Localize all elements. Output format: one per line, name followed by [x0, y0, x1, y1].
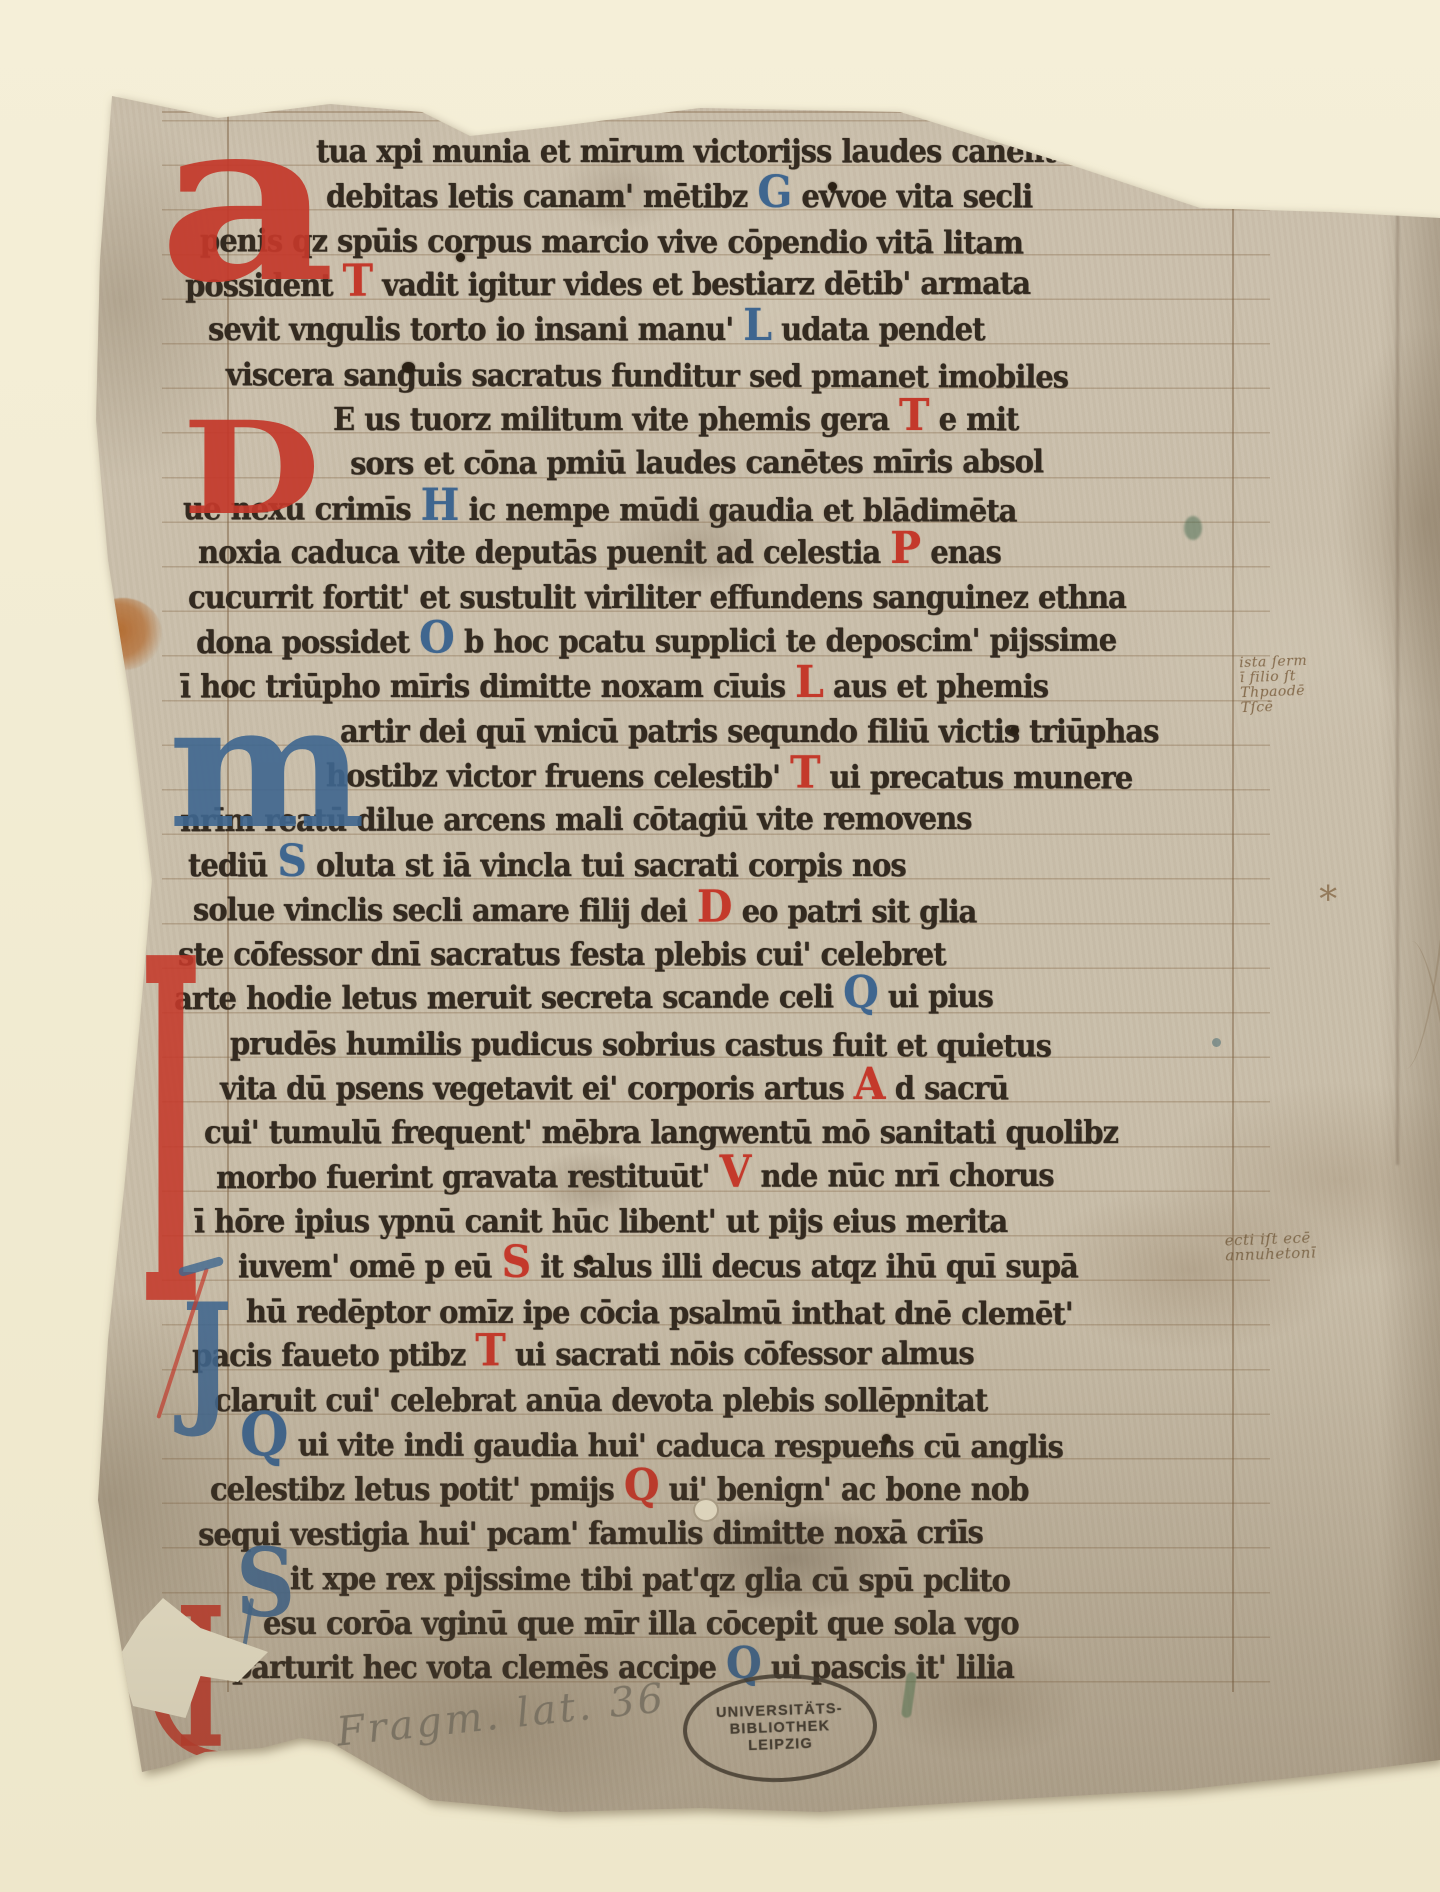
worm-hole [584, 1255, 593, 1264]
stamp-line-3: LEIPZIG [748, 1735, 813, 1754]
teal-speck [1212, 1038, 1221, 1047]
gothic-text: debitas letis canam' mētibz [326, 178, 757, 215]
text-line: arte hodie letus meruit secreta scande c… [174, 978, 993, 1028]
gothic-text: d sacrū [885, 1070, 1009, 1107]
gothic-text: esu corōa vginū que mīr illa cōcepit que… [263, 1605, 1019, 1642]
initial-d-red: D [182, 405, 321, 533]
versal-letter-red: Q [624, 1459, 659, 1511]
gothic-text: cucurrit fortit' et sustulit viriliter e… [188, 579, 1126, 616]
photo-mat-background: tua xpi munia et mīrum victorijss laudes… [0, 0, 1440, 1892]
versal-letter-red: D [697, 881, 732, 933]
gothic-text: solue vinclis secli amare filij dei [193, 891, 697, 929]
marginal-gloss-lower: ecti iſt ecē annuhetonī [1225, 1230, 1317, 1263]
leaf-wrapper: tua xpi munia et mīrum victorijss laudes… [0, 0, 1440, 1892]
text-line: solue vinclis secli amare filij dei D eo… [193, 891, 976, 941]
gothic-text: tua xpi munia et mīrum victorijss laudes… [316, 133, 1089, 170]
gothic-text: ui precatus munere [819, 759, 1132, 797]
gothic-text: hostibz victor fruens celestib' [326, 757, 790, 795]
gothic-text: viscera sanguis sacratus funditur sed pm… [226, 356, 1068, 395]
versal-letter-red: T [899, 389, 929, 441]
versal-letter-blue: O [419, 611, 454, 663]
text-block: tua xpi munia et mīrum victorijss laudes… [238, 133, 1248, 1713]
gothic-text: b hoc pcatu supplici te deposcim' pijssi… [454, 621, 1116, 660]
gothic-text: ste cōfessor dnī sacratus festa plebis c… [178, 936, 946, 973]
text-line: sequi vestigia hui' pcam' famulis dimitt… [198, 1513, 983, 1563]
marginal-gloss-upper: ista ſerm ī filio ſt Thpaodē Tſcē [1239, 654, 1309, 716]
text-line: esu corōa vginū que mīr illa cōcepit que… [263, 1605, 1019, 1653]
gothic-text: cui' tumulū frequent' mēbra langwentū mō… [204, 1114, 1118, 1151]
versal-letter-bluebig: Q [240, 1399, 288, 1470]
gothic-text: udata pendet [771, 311, 984, 348]
rust-stain [84, 598, 162, 670]
gothic-text: arte hodie letus meruit secreta scande c… [174, 978, 843, 1017]
gothic-text: artir dei quī vnicū patris sequndo filiū… [340, 713, 1158, 750]
gothic-text: sequi vestigia hui' pcam' famulis dimitt… [198, 1513, 983, 1552]
initial-a-red: a [158, 89, 336, 314]
gothic-text: nde nūc nrī chorus [750, 1156, 1053, 1194]
gothic-text: it xpe rex pijssime tibi pat'qz glia cū … [290, 1560, 1010, 1599]
gloss-line: Thpaodē [1240, 684, 1309, 701]
text-line: pacis faueto ptibz T ui sacrati nōis cōf… [192, 1335, 974, 1385]
initial-j-blue-ihu: J [182, 1285, 232, 1429]
gothic-text: it salus illi decus atqz ihū quī supā [530, 1248, 1078, 1285]
gothic-text: ui pius [878, 978, 993, 1015]
parchment-leaf: tua xpi munia et mīrum victorijss laudes… [0, 0, 1440, 1892]
text-line: debitas letis canam' mētibz G evvoe vita… [326, 178, 1032, 226]
gothic-text: celestibz letus potit' pmijs [210, 1471, 624, 1508]
initial-s-blue-sit: S [236, 1536, 295, 1630]
gothic-text: e mit [929, 401, 1019, 438]
gothic-text: dona possidet [196, 623, 419, 660]
text-line: vita dū psens vegetavit ei' corporis art… [220, 1070, 1008, 1118]
initial-m-blue: m [168, 682, 366, 852]
versal-letter-red: L [795, 656, 823, 708]
gothic-text: claruit cui' celebrat anūa devota plebis… [214, 1382, 987, 1419]
parchment-hole [693, 1498, 719, 1522]
worm-hole [882, 1434, 891, 1443]
gothic-text: eo patri sit glia [731, 893, 976, 930]
stamp-line-2: BIBLIOTHEK [729, 1718, 830, 1739]
gloss-line: Tſcē [1241, 699, 1310, 716]
gothic-text: prudēs humilis pudicus sobrius castus fu… [230, 1025, 1051, 1064]
worm-hole [456, 253, 465, 262]
versal-letter-red: T [790, 747, 820, 799]
gothic-text: vita dū psens vegetavit ei' corporis art… [220, 1070, 854, 1107]
gothic-text: enas [920, 534, 1001, 571]
gothic-text: vadit igitur vides et bestiarz dētib' ar… [372, 264, 1030, 303]
versal-letter-red: A [854, 1058, 885, 1110]
versal-letter-red: V [720, 1145, 751, 1197]
gothic-text: morbo fuerint gravata restituūt' [216, 1157, 720, 1195]
worm-hole [1010, 726, 1019, 735]
versal-letter-blue: H [421, 479, 459, 531]
text-line: viscera sanguis sacratus funditur sed pm… [226, 356, 1068, 406]
gothic-text: iuvem' omē p eū [238, 1248, 502, 1285]
text-line: claruit cui' celebrat anūa devota plebis… [214, 1382, 987, 1430]
gothic-text: pacis faueto ptibz [192, 1336, 475, 1374]
text-line: ī hōre ipius ypnū canit hūc libent' ut p… [194, 1203, 1007, 1251]
versal-letter-blue: Q [843, 967, 878, 1019]
text-line: E us tuorz militum vite phemis gera T e … [333, 401, 1018, 449]
green-stain [1184, 516, 1202, 540]
versal-letter-red: P [890, 523, 920, 575]
gothic-text: hū redēptor omīz ipe cōcia psalmū inthat… [246, 1293, 1073, 1332]
gothic-text: oluta st iā vincla tui sacrati corpis no… [306, 847, 906, 884]
gothic-text: aus et phemis [823, 668, 1048, 705]
text-line: artir dei quī vnicū patris sequndo filiū… [340, 713, 1158, 761]
text-line: morbo fuerint gravata restituūt' V nde n… [216, 1156, 1054, 1206]
text-line: celestibz letus potit' pmijs Q ui' benig… [210, 1471, 1028, 1519]
versal-letter-red: T [343, 254, 373, 306]
gothic-text: ui vite indi gaudia hui' caduca respuens… [288, 1427, 1063, 1466]
versal-letter-red: T [475, 1324, 505, 1376]
text-line: prudēs humilis pudicus sobrius castus fu… [230, 1025, 1051, 1075]
star-doodle: ∗ [1316, 872, 1340, 913]
gothic-text: ui sacrati nōis cōfessor almus [505, 1335, 974, 1373]
gothic-text: ic nempe mūdi gaudia et blādimēta [458, 491, 1016, 529]
gothic-text: E us tuorz militum vite phemis gera [333, 401, 899, 438]
text-line: ste cōfessor dnī sacratus festa plebis c… [178, 936, 946, 984]
ink-blot [402, 362, 415, 373]
text-line: dona possidet O b hoc pcatu supplici te … [196, 621, 1116, 671]
text-line: it xpe rex pijssime tibi pat'qz glia cū … [290, 1560, 1010, 1610]
gothic-text: evvoe vita secli [791, 178, 1032, 215]
text-line: iuvem' omē p eū S it salus illi decus at… [238, 1248, 1078, 1296]
text-line: tua xpi munia et mīrum victorijss laudes… [316, 133, 1089, 181]
gothic-text: sors et cōna pmiū laudes canētes mīris a… [350, 443, 1043, 482]
gothic-text: ī hōre ipius ypnū canit hūc libent' ut p… [194, 1203, 1007, 1240]
text-line: cucurrit fortit' et sustulit viriliter e… [188, 579, 1126, 627]
text-line: cui' tumulū frequent' mēbra langwentū mō… [204, 1114, 1118, 1162]
versal-letter-blue: G [757, 166, 791, 218]
worm-hole [828, 182, 837, 191]
pencil-tick-mark [1421, 96, 1434, 107]
gloss-line: annuhetonī [1225, 1245, 1316, 1263]
versal-letter-red: S [502, 1236, 531, 1288]
versal-letter-blue: L [743, 300, 771, 352]
